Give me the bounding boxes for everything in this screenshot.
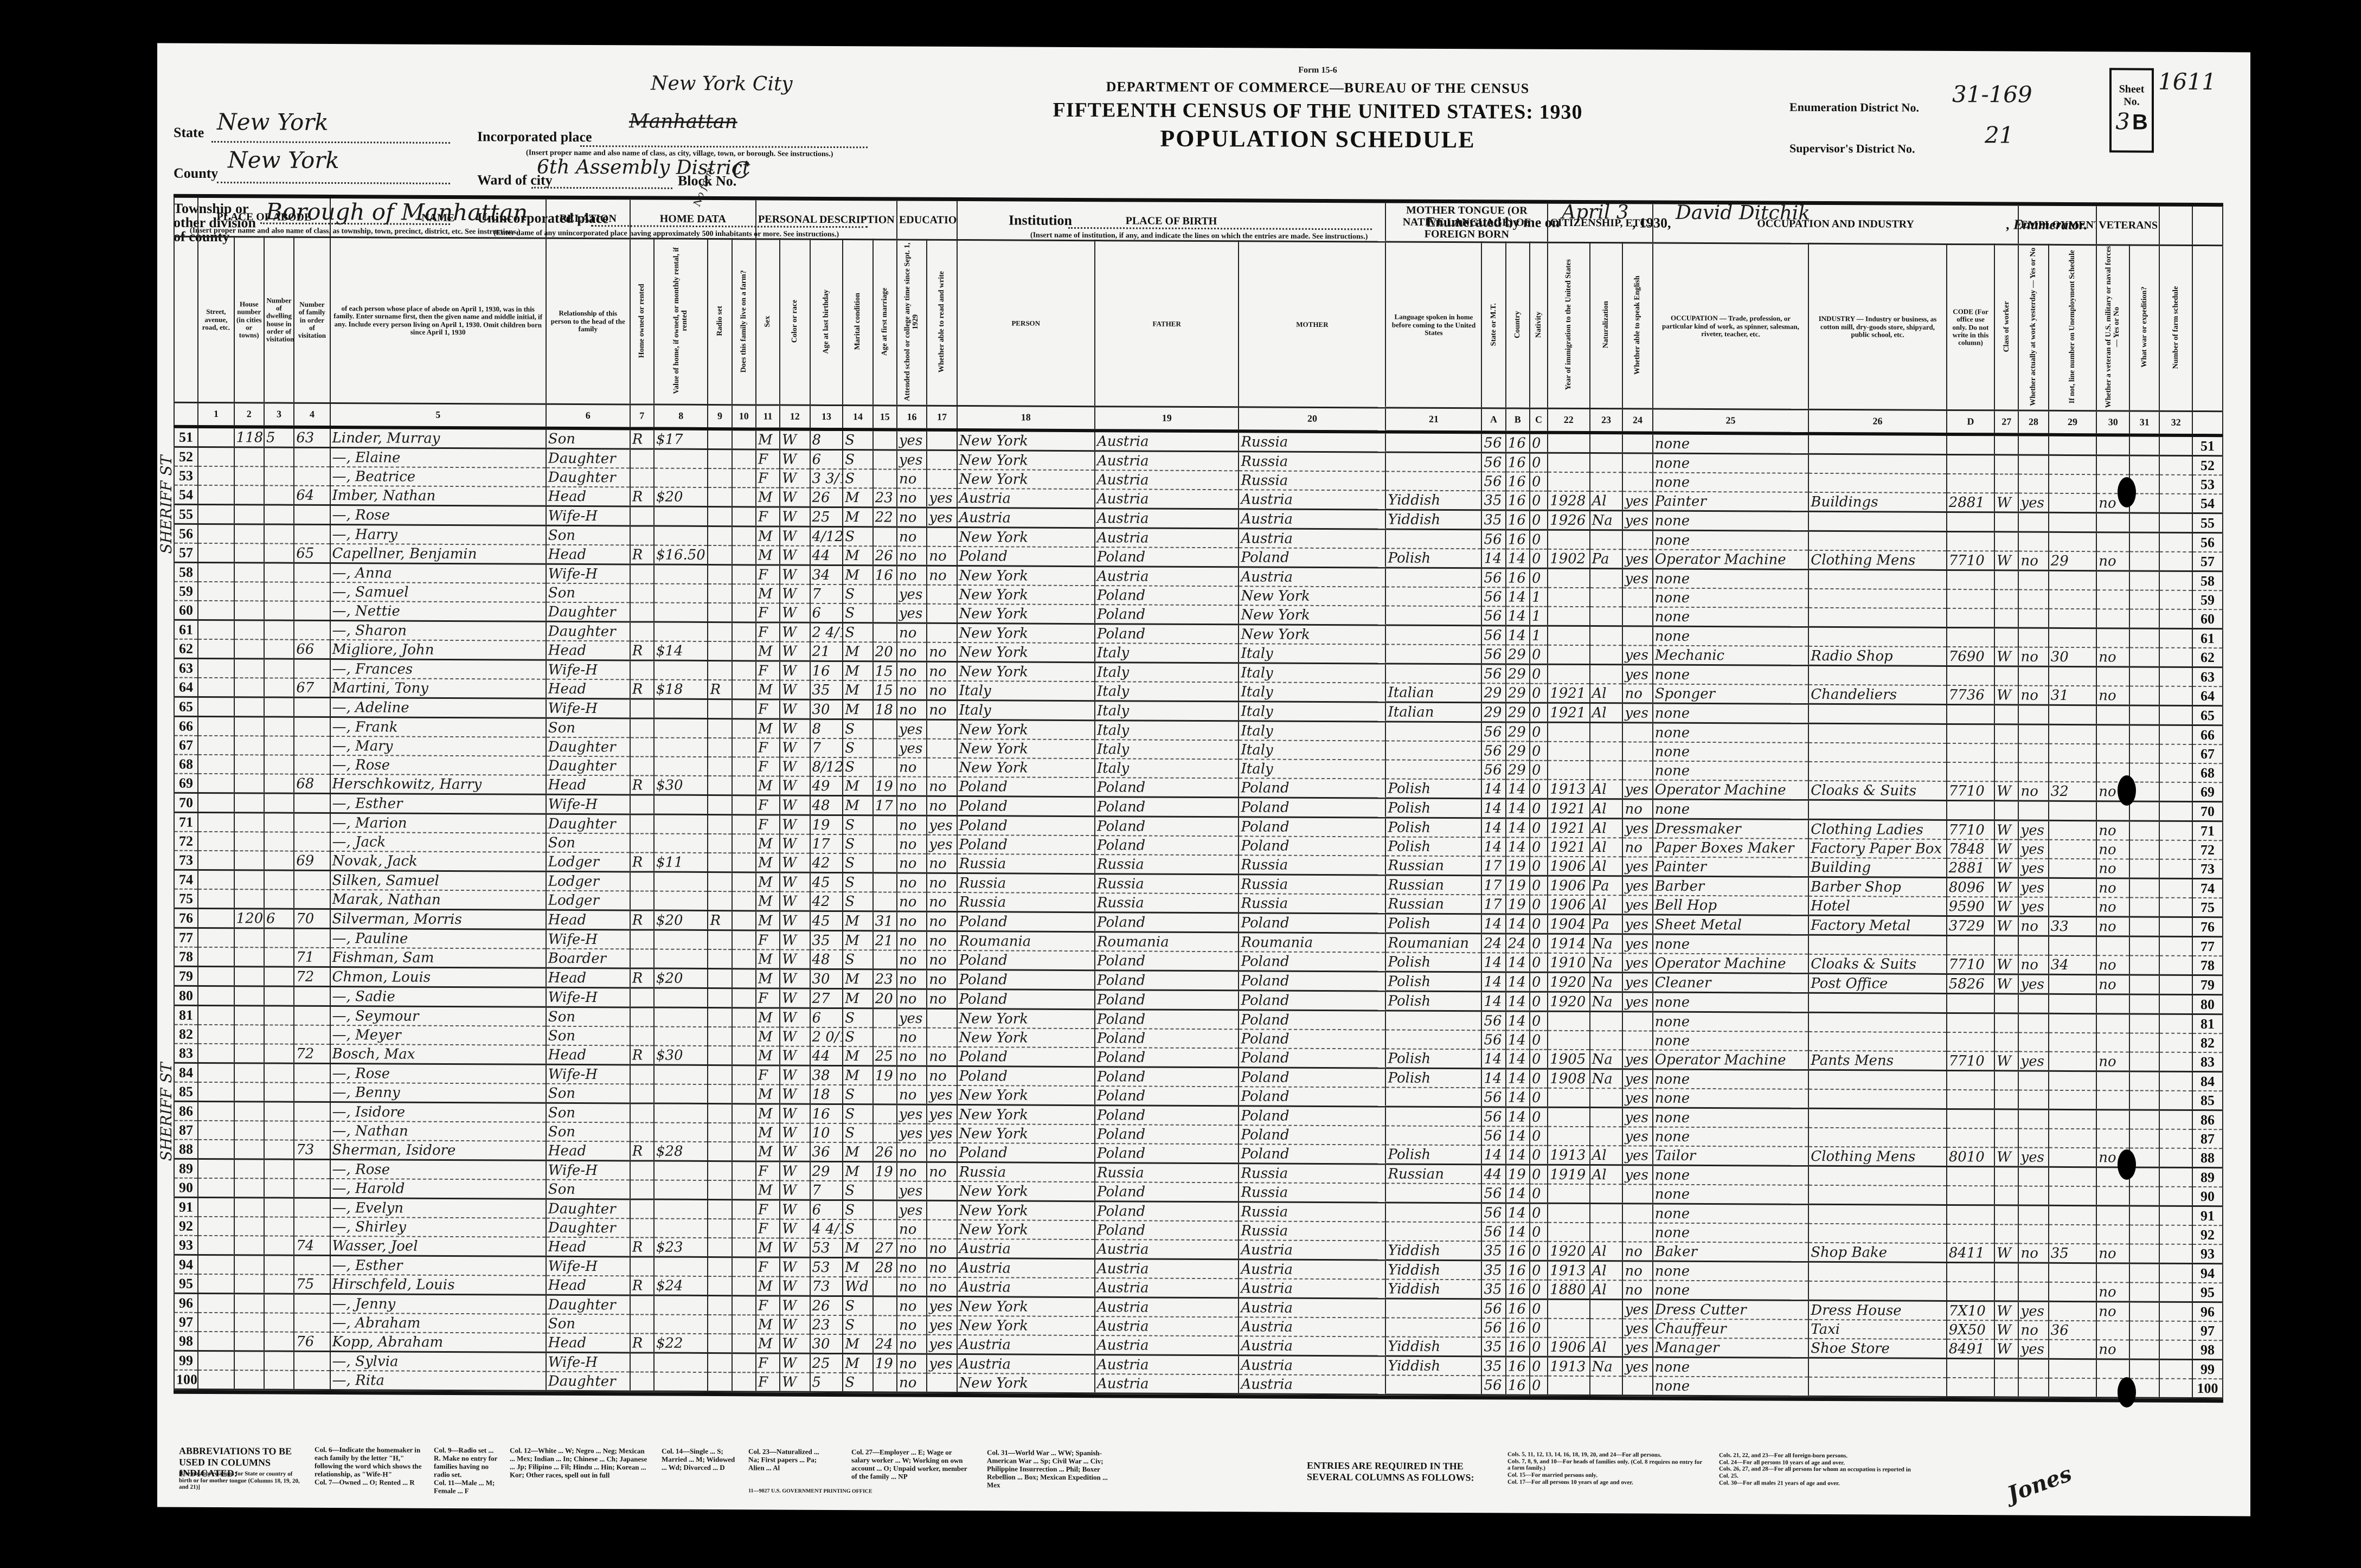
cell-radio	[708, 1123, 732, 1142]
cell-english: yes	[1622, 915, 1652, 934]
cell-war	[2129, 1283, 2159, 1302]
cell-radio	[708, 757, 732, 776]
cell-farm-sched	[2159, 1110, 2192, 1129]
cell-radio	[708, 1027, 732, 1046]
line-number-left: 69	[174, 774, 198, 793]
cell-code-d	[1947, 608, 1994, 628]
cell-read: no	[927, 1239, 957, 1258]
cell-worker-class	[1994, 936, 2018, 955]
cell-age: 10	[810, 1123, 843, 1142]
cell-age: 2 0/12	[810, 1027, 843, 1046]
cell-read	[927, 1220, 957, 1239]
cell-family	[294, 524, 330, 544]
cell-birth-mother: Austria	[1239, 1318, 1385, 1337]
cell-farm	[732, 1046, 756, 1065]
cell-value	[654, 1065, 708, 1084]
cell-read: no	[927, 662, 957, 682]
cell-relation: Wife-H	[546, 564, 630, 584]
cell-code-d: 5826	[1947, 974, 1994, 994]
cell-natur: Al	[1590, 780, 1623, 799]
cell-birth-mother: Austria	[1239, 490, 1385, 510]
cell-relation: Head	[546, 1045, 630, 1065]
cell-english	[1622, 742, 1652, 761]
cell-sex: F	[756, 815, 780, 834]
cell-code-a: 14	[1481, 953, 1505, 973]
line-number-left: 86	[174, 1102, 198, 1121]
cell-code-b: 29	[1506, 664, 1530, 684]
cell-street	[198, 659, 234, 678]
line-number-right: 97	[2192, 1321, 2223, 1340]
cell-age-marr: 26	[873, 1143, 897, 1162]
cell-age-marr	[873, 815, 897, 835]
cell-age: 6	[810, 603, 843, 623]
column-header-label: Home owned or rented	[638, 284, 646, 358]
cell-birth-mother: Austria	[1239, 1241, 1385, 1261]
cell-race: W	[780, 469, 810, 488]
cell-unemp-line	[2049, 1014, 2096, 1033]
cell-tenure	[630, 1084, 654, 1104]
cell-war	[2129, 1359, 2159, 1379]
cell-birth-father: Poland	[1095, 1220, 1239, 1240]
cell-value: $30	[654, 776, 708, 795]
group-place-of-birth: PLACE OF BIRTH	[957, 201, 1386, 242]
cell-code-b: 14	[1506, 953, 1530, 973]
cell-industry	[1808, 1013, 1946, 1033]
cell-school: no	[897, 1239, 927, 1258]
cell-name: Migliore, John	[330, 640, 546, 660]
req-8: Col. 30—For all males 21 years of age an…	[1719, 1480, 1914, 1487]
cell-at-work: no	[2018, 647, 2048, 667]
cell-farm-sched	[2159, 859, 2192, 879]
cell-name: —, Marion	[330, 813, 546, 833]
column-header-28: Whether actually at work yesterday — Yes…	[2018, 245, 2048, 411]
cell-birth-person: Italy	[957, 701, 1095, 721]
cell-family: 63	[294, 427, 330, 448]
cell-language	[1385, 760, 1481, 780]
cell-english: yes	[1622, 665, 1652, 684]
cell-unemp-line	[2049, 705, 2096, 725]
cell-value	[654, 1123, 708, 1142]
cell-at-work	[2018, 1205, 2048, 1225]
cell-tenure	[630, 584, 654, 603]
cell-farm	[732, 565, 756, 584]
cell-code-d: 7710	[1947, 551, 1994, 570]
cell-code-d	[1947, 474, 1994, 493]
cell-school: no	[897, 1162, 927, 1181]
cell-marital: M	[843, 700, 872, 719]
cell-name: —, Elaine	[330, 448, 546, 468]
cell-birth-person: New York	[957, 1028, 1095, 1048]
group-education: EDUCATION	[897, 201, 957, 240]
cell-read	[927, 1181, 957, 1201]
cell-family	[294, 1313, 330, 1332]
line-number-right: 86	[2192, 1110, 2223, 1130]
cell-school: no	[897, 1143, 927, 1162]
cell-house	[234, 1255, 264, 1275]
cell-relation: Head	[546, 679, 630, 699]
cell-farm-sched	[2159, 475, 2192, 494]
cell-birth-person: New York	[957, 1105, 1095, 1125]
cell-birth-mother: Poland	[1239, 837, 1385, 856]
cell-birth-person: Austria	[957, 489, 1095, 509]
cell-age-marr	[873, 758, 897, 777]
cell-english	[1622, 607, 1652, 627]
cell-code-c: 0	[1530, 645, 1548, 665]
cell-farm-sched	[2159, 513, 2192, 532]
cell-code-d: 9X50	[1947, 1320, 1994, 1339]
cell-english: yes	[1622, 492, 1652, 511]
cell-birth-person: New York	[957, 642, 1095, 663]
group-employment: EMPLOYMENT	[2018, 206, 2096, 245]
cell-radio	[708, 1257, 732, 1277]
cell-veteran: no	[2096, 647, 2129, 667]
cell-code-b: 14	[1506, 1069, 1530, 1088]
cell-read: no	[927, 854, 957, 873]
cell-code-d	[1947, 1186, 1994, 1205]
cell-unemp-line: 29	[2049, 551, 2096, 571]
line-number-left: 53	[174, 466, 198, 485]
cell-unemp-line	[2049, 590, 2096, 609]
cell-farm-sched	[2159, 1167, 2192, 1187]
column-header-label: House number (in cities or towns)	[236, 300, 262, 339]
cell-race: W	[780, 1277, 810, 1296]
cell-code-b: 16	[1506, 1338, 1530, 1357]
cell-radio	[708, 603, 732, 622]
required-list-2: Cols. 21, 22, and 23—For all foreign-bor…	[1719, 1452, 1914, 1487]
cell-street	[198, 1313, 234, 1332]
cell-race: W	[780, 449, 810, 469]
cell-war	[2129, 1321, 2159, 1340]
cell-war	[2129, 878, 2159, 898]
cell-house: 118	[234, 427, 264, 447]
cell-sex: M	[756, 834, 780, 853]
line-number-right: 89	[2192, 1168, 2223, 1187]
cell-english: no	[1622, 838, 1652, 857]
cell-birth-person: Poland	[957, 777, 1095, 797]
cell-code-b: 16	[1506, 1242, 1530, 1261]
cell-house	[234, 1294, 264, 1313]
cell-natur: Al	[1590, 1338, 1623, 1357]
cell-sex: F	[756, 930, 780, 950]
cell-code-b: 16	[1506, 1261, 1530, 1280]
cell-value	[654, 564, 708, 584]
cell-radio	[708, 1219, 732, 1238]
cell-relation: Wife-H	[546, 1161, 630, 1180]
req-3: Col. 15—For married persons only.	[1507, 1471, 1703, 1479]
column-number-19: 19	[1095, 407, 1239, 432]
cell-immig: 1904	[1548, 915, 1589, 934]
cell-marital: S	[843, 738, 872, 757]
cell-age-marr	[873, 1181, 897, 1201]
cell-race: W	[780, 488, 810, 507]
line-number-right: 80	[2192, 995, 2223, 1014]
cell-sex: F	[756, 622, 780, 642]
line-number-left: 64	[174, 678, 198, 697]
cell-street	[198, 793, 234, 813]
cell-immig	[1548, 1376, 1589, 1396]
cell-code-c: 0	[1530, 1242, 1548, 1261]
cell-worker-class	[1994, 474, 2018, 493]
cell-sex: M	[756, 911, 780, 930]
cell-code-c: 0	[1530, 742, 1548, 761]
cell-worker-class: W	[1994, 493, 2018, 513]
cell-unemp-line	[2049, 975, 2096, 994]
binding-hole	[2118, 775, 2136, 806]
cell-tenure	[630, 1257, 654, 1276]
cell-at-work: no	[2018, 1244, 2048, 1263]
column-number-C: C	[1530, 408, 1548, 433]
cell-value: $14	[654, 641, 708, 661]
cell-school: no	[897, 1316, 927, 1335]
cell-war	[2129, 1340, 2159, 1360]
cell-race: W	[780, 680, 810, 700]
cell-relation: Head	[546, 775, 630, 795]
cell-code-b: 16	[1506, 453, 1530, 472]
margin-col	[174, 236, 198, 402]
cell-language: Polish	[1385, 953, 1481, 972]
line-number-right: 73	[2192, 859, 2223, 879]
cell-name: —, Samuel	[330, 582, 546, 602]
cell-immig	[1548, 433, 1589, 453]
cell-relation: Head	[546, 1333, 630, 1353]
cell-house	[234, 755, 264, 774]
cell-code-a: 56	[1481, 761, 1505, 780]
cell-race: W	[780, 603, 810, 623]
cell-birth-mother: Poland	[1239, 991, 1385, 1011]
column-number-23: 23	[1590, 409, 1623, 433]
cell-read	[927, 758, 957, 777]
cell-code-b: 14	[1506, 838, 1530, 857]
ed-label: Enumeration District No.	[1789, 100, 1919, 115]
cell-value: $17	[654, 429, 708, 449]
cell-house	[234, 543, 264, 563]
line-number-left: 62	[174, 639, 198, 659]
cell-relation: Daughter	[546, 1372, 630, 1391]
cell-birth-mother: Italy	[1239, 644, 1385, 664]
cell-industry	[1808, 993, 1946, 1013]
cell-occupation: Bell Hop	[1653, 896, 1809, 916]
cell-farm	[732, 1142, 756, 1161]
cell-dwelling	[264, 620, 294, 640]
cell-dwelling	[264, 928, 294, 948]
cell-birth-person: Austria	[957, 1258, 1095, 1278]
line-number-right: 71	[2192, 821, 2223, 841]
census-title: FIFTEENTH CENSUS OF THE UNITED STATES: 1…	[1019, 98, 1616, 125]
cell-occupation: none	[1653, 1012, 1809, 1032]
cell-farm-sched	[2159, 1148, 2192, 1168]
cell-marital: S	[843, 1123, 872, 1142]
cell-veteran	[2096, 1263, 2129, 1283]
line-number-left: 74	[174, 870, 198, 890]
cell-immig	[1548, 1300, 1589, 1319]
line-number-left: 77	[174, 928, 198, 948]
cell-occupation: none	[1653, 1089, 1809, 1109]
cell-immig: 1928	[1548, 491, 1589, 511]
cell-age: 8/12	[810, 757, 843, 776]
column-header-label: Age at first marriage	[881, 288, 889, 356]
cell-house	[234, 1082, 264, 1102]
cell-immig: 1921	[1548, 684, 1589, 703]
cell-veteran: no	[2096, 551, 2129, 571]
cell-worker-class	[1994, 801, 2018, 820]
cell-immig: 1913	[1548, 1261, 1589, 1281]
cell-name: —, Sadie	[330, 987, 546, 1007]
cell-unemp-line	[2049, 801, 2096, 821]
cell-war	[2129, 1052, 2159, 1072]
cell-language	[1385, 1011, 1481, 1030]
cell-family	[294, 736, 330, 755]
cell-tenure: R	[630, 910, 654, 930]
cell-veteran	[2096, 994, 2129, 1014]
cell-worker-class	[1994, 532, 2018, 551]
cell-age: 35	[810, 931, 843, 950]
cell-relation: Daughter	[546, 602, 630, 622]
cell-birth-person: Poland	[957, 1143, 1095, 1163]
cell-unemp-line	[2049, 1186, 2096, 1206]
signature: Jones	[2004, 1461, 2075, 1507]
cell-age-marr: 23	[873, 489, 897, 508]
cell-code-d	[1947, 1032, 1994, 1051]
cell-war	[2129, 1225, 2159, 1244]
cell-read: yes	[927, 1297, 957, 1316]
line-number-right: 58	[2192, 571, 2223, 591]
cell-radio: R	[708, 911, 732, 930]
cell-house	[234, 601, 264, 620]
cell-code-b: 14	[1506, 780, 1530, 799]
cell-code-a: 56	[1481, 1031, 1505, 1050]
line-number-right: 69	[2192, 782, 2223, 802]
cell-worker-class	[1994, 512, 2018, 532]
cell-birth-mother: Russia	[1239, 432, 1385, 453]
cell-immig	[1548, 1184, 1589, 1204]
cell-industry	[1808, 935, 1946, 955]
cell-sex: F	[756, 1353, 780, 1373]
cell-farm	[732, 776, 756, 795]
cell-code-a: 56	[1481, 433, 1505, 453]
line-number-right: 98	[2192, 1340, 2223, 1360]
cell-family	[294, 582, 330, 601]
cell-industry: Hotel	[1808, 896, 1946, 916]
cell-family	[294, 447, 330, 467]
cell-worker-class: W	[1994, 1244, 2018, 1263]
cell-read: no	[927, 892, 957, 912]
cell-farm	[732, 853, 756, 872]
cell-sex: M	[756, 1085, 780, 1104]
cell-school: yes	[897, 585, 927, 604]
cell-dwelling	[264, 582, 294, 601]
cell-code-d	[1947, 1282, 1994, 1301]
cell-worker-class: W	[1994, 1321, 2018, 1340]
cell-sex: M	[756, 488, 780, 507]
cell-war	[2129, 686, 2159, 706]
cell-school: no	[897, 1335, 927, 1354]
column-header-label: Number of family in order of visitation	[298, 300, 326, 339]
cell-at-work	[2018, 1225, 2048, 1244]
cell-house	[234, 447, 264, 467]
cell-birth-person: New York	[957, 430, 1095, 451]
cell-sex: F	[756, 738, 780, 757]
cell-street	[198, 813, 234, 832]
cell-farm	[732, 661, 756, 680]
group-farm	[2159, 207, 2192, 246]
column-number-22: 22	[1548, 409, 1589, 433]
cell-house	[234, 1351, 264, 1371]
cell-farm-sched	[2159, 1302, 2192, 1321]
cell-house	[234, 1178, 264, 1198]
cell-occupation: Mechanic	[1653, 646, 1809, 666]
cell-war	[2129, 628, 2159, 648]
cell-farm-sched	[2159, 725, 2192, 744]
margin-note-lower: SHERIFF ST	[157, 1063, 175, 1161]
cell-farm-sched	[2159, 1359, 2192, 1379]
cell-value	[654, 834, 708, 853]
cell-farm-sched	[2159, 1091, 2192, 1110]
cell-unemp-line	[2049, 1302, 2096, 1321]
cell-age: 48	[810, 796, 843, 815]
cell-street	[198, 620, 234, 640]
cell-code-d	[1947, 801, 1994, 820]
cell-natur	[1590, 665, 1623, 684]
cell-language	[1385, 1299, 1481, 1318]
cell-radio	[708, 1084, 732, 1104]
cell-race: W	[780, 892, 810, 911]
cell-farm	[732, 1219, 756, 1238]
cell-read: no	[927, 1143, 957, 1162]
cell-dwelling	[264, 1236, 294, 1256]
cell-code-b: 14	[1506, 1203, 1530, 1223]
cell-code-c: 0	[1530, 876, 1548, 895]
cell-english: yes	[1622, 1338, 1652, 1358]
cell-sex: M	[756, 1008, 780, 1027]
cell-radio	[708, 1372, 732, 1392]
line-number-right: 62	[2192, 648, 2223, 667]
cell-age-marr	[873, 950, 897, 970]
cell-age: 38	[810, 1066, 843, 1085]
cell-immig	[1548, 453, 1589, 473]
cell-natur: Al	[1590, 491, 1623, 511]
cell-code-b: 29	[1506, 684, 1530, 703]
incorporated-label: Incorporated place	[477, 128, 592, 145]
cell-occupation: none	[1653, 1261, 1809, 1281]
column-header-21: Language spoken in home before coming to…	[1385, 242, 1481, 408]
cell-radio	[708, 1200, 732, 1219]
cell-name: Silverman, Morris	[330, 909, 546, 930]
cell-marital: M	[843, 1238, 872, 1258]
cell-at-work: no	[2018, 955, 2048, 975]
cell-read: yes	[927, 508, 957, 528]
cell-birth-person: Poland	[957, 950, 1095, 971]
cell-worker-class	[1994, 1090, 2018, 1110]
cell-street	[198, 755, 234, 774]
cell-tenure	[630, 526, 654, 545]
cell-at-work	[2018, 1071, 2048, 1090]
cell-birth-father: Italy	[1095, 721, 1239, 741]
cell-birth-father: Poland	[1095, 1067, 1239, 1087]
cell-birth-mother: Poland	[1239, 548, 1385, 568]
column-number-17: 17	[927, 406, 957, 430]
cell-relation: Son	[546, 1314, 630, 1334]
cell-code-c: 1	[1530, 588, 1548, 607]
cell-code-c: 0	[1530, 838, 1548, 857]
cell-relation: Lodger	[546, 891, 630, 910]
cell-relation: Daughter	[546, 449, 630, 468]
cell-marital: S	[843, 1296, 872, 1316]
cell-language: Italian	[1385, 702, 1481, 722]
cell-language	[1385, 432, 1481, 453]
cell-code-d	[1947, 1224, 1994, 1243]
cell-farm	[732, 969, 756, 988]
cell-house	[234, 659, 264, 678]
